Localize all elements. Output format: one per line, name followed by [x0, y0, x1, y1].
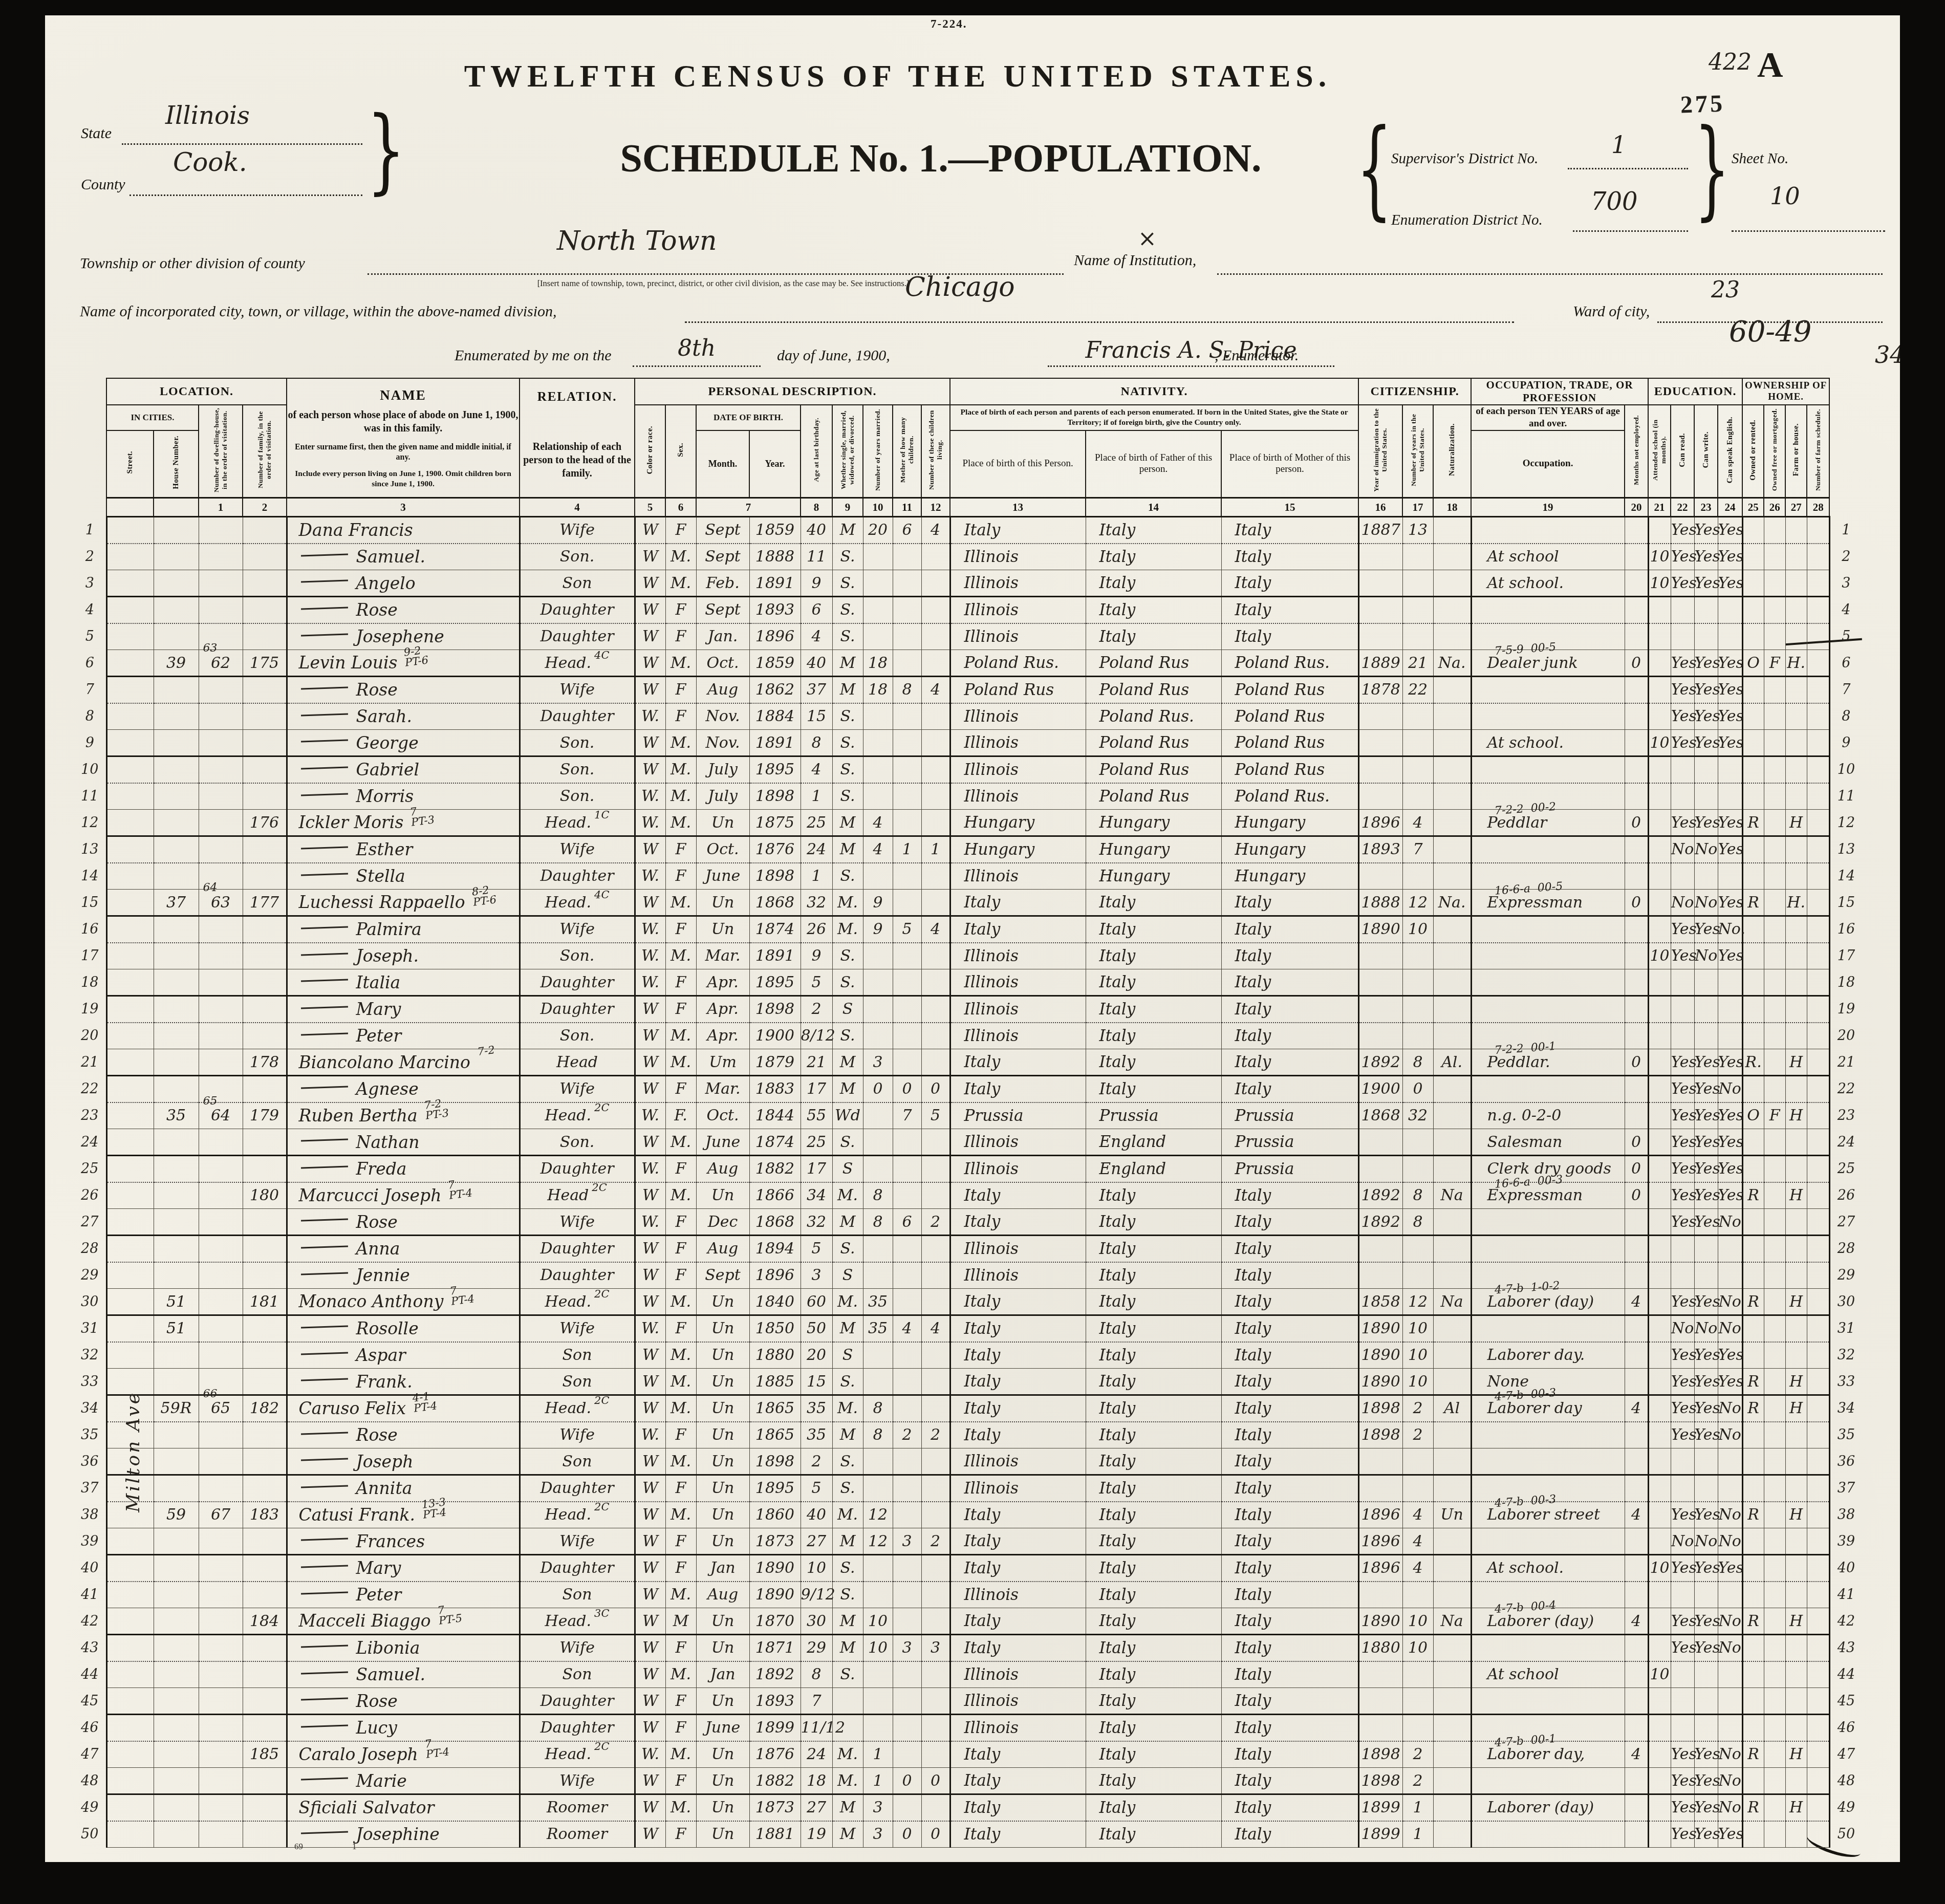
cell-naturalization [1433, 783, 1471, 810]
cell-occupation [1471, 1236, 1625, 1262]
cell-birth-year: 1891 [749, 570, 801, 597]
cell-months-not-employed: 0 [1625, 1129, 1648, 1156]
cell-years-in-us: 0 [1402, 1076, 1433, 1102]
cell-can-read [1671, 1688, 1694, 1715]
cell-owned-rented [1742, 1236, 1764, 1262]
cell-birth-year: 1895 [749, 969, 801, 996]
cell-dwelling-number [199, 1315, 243, 1342]
cell-street [106, 996, 154, 1023]
colnum-8: 8 [801, 498, 832, 517]
cell-can-read: No [1671, 1528, 1694, 1555]
cell-dwelling-number [199, 1741, 243, 1768]
cell-can-speak-english: Yes [1718, 810, 1742, 836]
cell-years-in-us [1402, 730, 1433, 756]
cell-occupation: 7-2-2 00-1Peddlar. [1471, 1049, 1625, 1076]
col-can-speak: Can speak English. [1718, 405, 1742, 498]
row-number-left: 24 [74, 1129, 106, 1156]
cell-age: 20 [801, 1342, 832, 1369]
cell-mother-birthplace: Italy [1221, 1794, 1358, 1821]
cell-relation: Wife [520, 1209, 635, 1236]
cell-owned-rented: R [1742, 1369, 1764, 1395]
enumeration-line [1573, 230, 1688, 232]
cell-sex: F [665, 623, 696, 650]
cell-color-race: W. [635, 969, 665, 996]
cell-name: Dana Francis [287, 517, 520, 544]
col-family-number: Number of family, in the order of visita… [243, 405, 287, 498]
cell-farm-house [1785, 1555, 1807, 1582]
cell-age: 21 [801, 1049, 832, 1076]
cell-immigration-year [1358, 1582, 1402, 1608]
person-row-24: 24NathanSon.WM.June187425S.IllinoisEngla… [74, 1129, 1862, 1156]
cell-immigration-year: 1900 [1358, 1076, 1402, 1102]
colnum-22: 22 [1671, 498, 1694, 517]
cell-farm-house: H [1785, 810, 1807, 836]
cell-birthplace: Illinois [950, 969, 1086, 996]
cell-free-mortgaged [1764, 863, 1785, 890]
cell-months-not-employed: 0 [1625, 810, 1648, 836]
cell-can-speak-english [1718, 969, 1742, 996]
cell-farm-schedule [1807, 623, 1829, 650]
cell-can-read: No [1671, 1315, 1694, 1342]
cell-children-living [921, 597, 950, 623]
cell-mother-of [893, 1236, 921, 1262]
cell-children-living [921, 1608, 950, 1635]
cell-street [106, 623, 154, 650]
row-number-right: 50 [1829, 1821, 1862, 1848]
cell-house-number [154, 570, 199, 597]
cell-years-married [863, 1236, 893, 1262]
cell-free-mortgaged [1764, 1209, 1785, 1236]
cell-free-mortgaged [1764, 1342, 1785, 1369]
cell-can-read [1671, 863, 1694, 890]
cell-birth-month: Un [696, 916, 749, 943]
cell-can-write: Yes [1694, 570, 1718, 597]
cell-birth-month: Apr. [696, 1023, 749, 1049]
cell-immigration-year: 1889 [1358, 650, 1402, 677]
cell-mother-of [893, 703, 921, 730]
cell-months-not-employed [1625, 1688, 1648, 1715]
cell-mother-of: 0 [893, 1076, 921, 1102]
cell-years-in-us [1402, 703, 1433, 730]
cell-mother-birthplace: Italy [1221, 623, 1358, 650]
cell-immigration-year [1358, 1475, 1402, 1502]
row-number-left: 47 [74, 1741, 106, 1768]
cell-school-months [1648, 969, 1671, 996]
cell-dwelling-number [199, 544, 243, 570]
cell-marital: S. [832, 544, 863, 570]
cell-farm-schedule [1807, 1768, 1829, 1794]
cell-mother-birthplace: Italy [1221, 943, 1358, 969]
cell-dwelling-number [199, 1794, 243, 1821]
cell-mother-birthplace: Poland Rus [1221, 756, 1358, 783]
cell-occupation: Laborer (day) [1471, 1794, 1625, 1821]
cell-immigration-year [1358, 1688, 1402, 1715]
cell-months-not-employed [1625, 1794, 1648, 1821]
cell-birth-year: 1898 [749, 1448, 801, 1475]
cell-birth-month: July [696, 756, 749, 783]
cell-house-number [154, 1076, 199, 1102]
cell-mother-of [893, 810, 921, 836]
cell-mother-of: 4 [893, 1315, 921, 1342]
cell-sex: M. [665, 570, 696, 597]
cell-children-living: 2 [921, 1528, 950, 1555]
cell-marital: S. [832, 1555, 863, 1582]
cell-years-married: 4 [863, 836, 893, 863]
cell-can-speak-english [1718, 1475, 1742, 1502]
person-row-37: 37AnnitaDaughterWFUn18955S.IllinoisItaly… [74, 1475, 1862, 1502]
cell-street [106, 1049, 154, 1076]
cell-mother-of: 7 [893, 1102, 921, 1129]
row-number-left: 27 [74, 1209, 106, 1236]
ditto-dash [301, 1645, 348, 1648]
cell-farm-schedule [1807, 1156, 1829, 1182]
ditto-dash [301, 1006, 348, 1009]
cell-children-living [921, 1582, 950, 1608]
cell-house-number [154, 1182, 199, 1209]
cell-birthplace: Illinois [950, 730, 1086, 756]
cell-birth-year: 1893 [749, 1688, 801, 1715]
cell-immigration-year [1358, 783, 1402, 810]
cell-marital: S. [832, 1369, 863, 1395]
cell-marital: S. [832, 623, 863, 650]
cell-street [106, 1289, 154, 1315]
cell-age: 40 [801, 1502, 832, 1528]
cell-street [106, 1741, 154, 1768]
cell-mother-birthplace: Italy [1221, 1422, 1358, 1448]
cell-naturalization [1433, 703, 1471, 730]
cell-mother-of [893, 730, 921, 756]
cell-naturalization [1433, 1209, 1471, 1236]
cell-name: Ickler Moris7PT-3 [287, 810, 520, 836]
person-row-38: 385967183Catusi Frank.13-3PT-4Head.2CWM.… [74, 1502, 1862, 1528]
cell-marital: S. [832, 783, 863, 810]
cell-family-number: 178 [243, 1049, 287, 1076]
cell-street [106, 544, 154, 570]
cell-school-months [1648, 703, 1671, 730]
name-annotation-code: 7PT-4 [424, 1737, 450, 1760]
cell-years-in-us: 4 [1402, 810, 1433, 836]
cell-dwelling-number [199, 756, 243, 783]
cell-father-birthplace: Italy [1086, 1688, 1221, 1715]
cell-family-number: 181 [243, 1289, 287, 1315]
cell-name: Ruben Bertha7-2PT-3 [287, 1102, 520, 1129]
cell-years-in-us [1402, 1715, 1433, 1741]
cell-can-write: Yes [1694, 1794, 1718, 1821]
cell-birth-year: 1888 [749, 544, 801, 570]
cell-years-in-us: 2 [1402, 1768, 1433, 1794]
cell-free-mortgaged [1764, 677, 1785, 703]
cell-can-speak-english: No [1718, 1076, 1742, 1102]
cell-farm-house [1785, 623, 1807, 650]
cell-dwelling-number [199, 1475, 243, 1502]
relation-annotation: 2C [594, 1740, 609, 1752]
cell-farm-house [1785, 756, 1807, 783]
cell-years-in-us [1402, 783, 1433, 810]
cell-relation: Son. [520, 783, 635, 810]
cell-can-speak-english: Yes [1718, 836, 1742, 863]
cell-months-not-employed [1625, 1076, 1648, 1102]
cell-age: 26 [801, 916, 832, 943]
cell-children-living [921, 943, 950, 969]
cell-children-living [921, 1369, 950, 1395]
cell-sex: M. [665, 1741, 696, 1768]
cell-can-speak-english: Yes [1718, 650, 1742, 677]
cell-father-birthplace: Italy [1086, 1049, 1221, 1076]
cell-farm-house [1785, 730, 1807, 756]
cell-house-number [154, 996, 199, 1023]
cell-relation: Daughter [520, 1715, 635, 1741]
row-number-right: 46 [1829, 1715, 1862, 1741]
col-school: Attended school (in months). [1648, 405, 1671, 498]
cell-months-not-employed: 0 [1625, 1156, 1648, 1182]
cell-birth-year: 1882 [749, 1156, 801, 1182]
cell-years-in-us: 13 [1402, 517, 1433, 544]
cell-children-living [921, 1129, 950, 1156]
cell-school-months [1648, 1768, 1671, 1794]
cell-naturalization: Un [1433, 1502, 1471, 1528]
cell-birth-year: 1893 [749, 597, 801, 623]
cell-birthplace: Illinois [950, 1156, 1086, 1182]
cell-owned-rented [1742, 570, 1764, 597]
cell-children-living [921, 1448, 950, 1475]
cell-years-in-us: 8 [1402, 1209, 1433, 1236]
cell-farm-house [1785, 1422, 1807, 1448]
cell-months-not-employed [1625, 943, 1648, 969]
ditto-dash [301, 1538, 348, 1541]
cell-mother-of [893, 863, 921, 890]
row-number-right: 18 [1829, 969, 1862, 996]
cell-house-number [154, 1608, 199, 1635]
cell-father-birthplace: Italy [1086, 969, 1221, 996]
ditto-dash [301, 766, 348, 769]
row-number-left: 6 [74, 650, 106, 677]
cell-relation: Daughter [520, 597, 635, 623]
cell-children-living: 4 [921, 916, 950, 943]
cell-sex: F [665, 1688, 696, 1715]
cell-dwelling-number [199, 996, 243, 1023]
colnum-24: 24 [1718, 498, 1742, 517]
cell-can-read [1671, 969, 1694, 996]
cell-birth-month: Un [696, 1635, 749, 1661]
cell-birthplace: Hungary [950, 810, 1086, 836]
cell-children-living [921, 1688, 950, 1715]
cell-relation: Wife [520, 1768, 635, 1794]
cell-mother-of [893, 1688, 921, 1715]
name-desc: of each person whose place of abode on J… [287, 408, 519, 435]
cell-can-read: No [1671, 836, 1694, 863]
cell-street [106, 863, 154, 890]
cell-can-read: Yes [1671, 1422, 1694, 1448]
cell-years-in-us [1402, 1475, 1433, 1502]
cell-marital: M [832, 1209, 863, 1236]
cell-months-not-employed [1625, 730, 1648, 756]
cell-mother-of [893, 1608, 921, 1635]
cell-sex: M. [665, 1502, 696, 1528]
cell-free-mortgaged [1764, 890, 1785, 916]
column-numbers-row: 1 2 3 4 5 6 7 8 9 10 11 12 13 14 [74, 498, 1862, 517]
row-number-left: 31 [74, 1315, 106, 1342]
cell-owned-rented: R [1742, 1182, 1764, 1209]
cell-dwelling-number [199, 1582, 243, 1608]
cell-birth-year: 1898 [749, 996, 801, 1023]
group-location: LOCATION. [106, 378, 287, 405]
cell-color-race: W [635, 623, 665, 650]
cell-free-mortgaged [1764, 1395, 1785, 1422]
cell-name: Frank. [287, 1369, 520, 1395]
cell-farm-schedule [1807, 1821, 1829, 1848]
row-number-right: 5 [1829, 623, 1862, 650]
cell-family-number [243, 1315, 287, 1342]
cell-years-married [863, 1102, 893, 1129]
cell-marital: S [832, 1262, 863, 1289]
cell-marital: M [832, 1608, 863, 1635]
cell-age: 15 [801, 703, 832, 730]
row-number-left: 35 [74, 1422, 106, 1448]
cell-can-read: Yes [1671, 1342, 1694, 1369]
colnum-17: 17 [1402, 498, 1433, 517]
census-table: LOCATION. NAME of each person whose plac… [74, 378, 1862, 1848]
cell-children-living: 4 [921, 677, 950, 703]
cell-years-in-us: 7 [1402, 836, 1433, 863]
cell-farm-schedule [1807, 1582, 1829, 1608]
cell-house-number [154, 623, 199, 650]
cell-years-in-us: 8 [1402, 1049, 1433, 1076]
cell-birth-month: Un [696, 1608, 749, 1635]
cell-free-mortgaged [1764, 1528, 1785, 1555]
cell-can-read [1671, 1582, 1694, 1608]
cell-mother-birthplace: Italy [1221, 1688, 1358, 1715]
cell-sex: F [665, 1209, 696, 1236]
cell-family-number [243, 1076, 287, 1102]
cell-sex: F [665, 1555, 696, 1582]
cell-house-number [154, 544, 199, 570]
cell-can-write: Yes [1694, 810, 1718, 836]
cell-sex: M. [665, 810, 696, 836]
cell-house-number [154, 597, 199, 623]
cell-mother-birthplace: Italy [1221, 1023, 1358, 1049]
cell-farm-house [1785, 570, 1807, 597]
ditto-dash [301, 607, 348, 610]
cell-birthplace: Italy [950, 1076, 1086, 1102]
cell-birthplace: Italy [950, 1555, 1086, 1582]
cell-owned-rented [1742, 916, 1764, 943]
cell-name: Luchessi Rappaello8-2PT-6 [287, 890, 520, 916]
cell-school-months [1648, 1315, 1671, 1342]
cell-father-birthplace: Italy [1086, 1555, 1221, 1582]
cell-school-months [1648, 863, 1671, 890]
cell-name: Palmira [287, 916, 520, 943]
cell-children-living [921, 623, 950, 650]
name-note2: Include every person living on June 1, 1… [287, 469, 519, 489]
cell-years-in-us: 22 [1402, 677, 1433, 703]
cell-school-months [1648, 1236, 1671, 1262]
cell-farm-schedule [1807, 916, 1829, 943]
county-line [129, 194, 362, 196]
county-label: County [81, 176, 125, 193]
cell-free-mortgaged [1764, 1768, 1785, 1794]
cell-school-months [1648, 1289, 1671, 1315]
person-row-1: 1Dana FrancisWifeWFSept185940M2064ItalyI… [74, 517, 1862, 544]
cell-school-months [1648, 517, 1671, 544]
cell-marital: S. [832, 863, 863, 890]
colnum-20: 20 [1625, 498, 1648, 517]
cell-farm-house [1785, 1582, 1807, 1608]
cell-birthplace: Italy [950, 1768, 1086, 1794]
cell-color-race: W [635, 597, 665, 623]
cell-marital: M [832, 1794, 863, 1821]
cell-birthplace: Illinois [950, 570, 1086, 597]
cell-years-in-us: 1 [1402, 1794, 1433, 1821]
cell-birth-month: Nov. [696, 703, 749, 730]
person-row-25: 25FredaDaughterW.FAug188217SIllinoisEngl… [74, 1156, 1862, 1182]
cell-color-race: W. [635, 1102, 665, 1129]
cell-owned-rented: R [1742, 1741, 1764, 1768]
colnum-1: 1 [199, 498, 243, 517]
cell-sex: M. [665, 1661, 696, 1688]
table-header: LOCATION. NAME of each person whose plac… [74, 378, 1862, 517]
cell-farm-schedule [1807, 810, 1829, 836]
colnum-street [106, 498, 154, 517]
cell-name: Joseph [287, 1448, 520, 1475]
cell-can-speak-english: Yes [1718, 1102, 1742, 1129]
cell-street [106, 756, 154, 783]
sheet-value: 10 [1770, 182, 1800, 210]
cell-color-race: W [635, 1182, 665, 1209]
cell-can-read: Yes [1671, 1289, 1694, 1315]
cell-color-race: W [635, 1369, 665, 1395]
cell-dwelling-number: 6362 [199, 650, 243, 677]
group-citizenship: CITIZENSHIP. [1358, 378, 1471, 405]
cell-free-mortgaged [1764, 996, 1785, 1023]
cell-street [106, 1715, 154, 1741]
cell-farm-house [1785, 597, 1807, 623]
cell-farm-house [1785, 1076, 1807, 1102]
cell-mother-of: 2 [893, 1422, 921, 1448]
cell-years-married: 1 [863, 1741, 893, 1768]
cell-birth-year: 1844 [749, 1102, 801, 1129]
cell-family-number [243, 916, 287, 943]
cell-years-married [863, 1369, 893, 1395]
cell-mother-birthplace: Poland Rus. [1221, 650, 1358, 677]
cell-birthplace: Italy [950, 1422, 1086, 1448]
cell-can-write: Yes [1694, 1209, 1718, 1236]
cell-farm-schedule [1807, 1076, 1829, 1102]
cell-dwelling-number: 67 [199, 1502, 243, 1528]
cell-mother-birthplace: Italy [1221, 1715, 1358, 1741]
cell-owned-rented: R. [1742, 1049, 1764, 1076]
cell-street [106, 677, 154, 703]
cell-can-write: No [1694, 890, 1718, 916]
cell-immigration-year: 1898 [1358, 1741, 1402, 1768]
cell-free-mortgaged [1764, 1741, 1785, 1768]
cell-occupation [1471, 916, 1625, 943]
cell-street [106, 703, 154, 730]
cell-can-read: Yes [1671, 1821, 1694, 1848]
cell-naturalization [1433, 1661, 1471, 1688]
cell-can-read: Yes [1671, 1768, 1694, 1794]
cell-school-months [1648, 836, 1671, 863]
cell-father-birthplace: Italy [1086, 517, 1221, 544]
cell-birthplace: Italy [950, 1502, 1086, 1528]
cell-farm-schedule [1807, 1369, 1829, 1395]
cell-mother-of [893, 1289, 921, 1315]
colnum-5: 5 [635, 498, 665, 517]
cell-school-months [1648, 1422, 1671, 1448]
cell-birth-year: 1884 [749, 703, 801, 730]
cell-relation: Son. [520, 730, 635, 756]
cell-color-race: W [635, 730, 665, 756]
row-number-right: 31 [1829, 1315, 1862, 1342]
